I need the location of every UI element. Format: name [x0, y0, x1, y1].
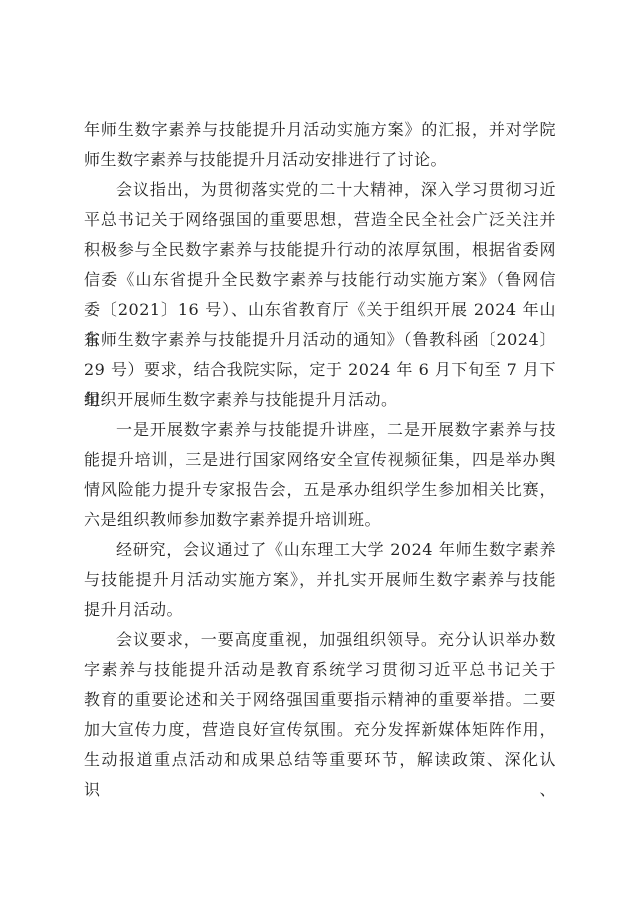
- text-line: 信委《山东省提升全民数字素养与技能行动实施方案》（鲁网信: [84, 265, 556, 295]
- text-line: 能提升培训，三是进行国家网络安全宣传视频征集，四是举办舆: [84, 445, 556, 475]
- text-line: 组织开展师生数字素养与技能提升月活动。: [84, 385, 556, 415]
- document-page: 年师生数字素养与技能提升月活动实施方案》的汇报，并对学院师生数字素养与技能提升月…: [0, 0, 639, 905]
- text-line: 提升月活动。: [84, 595, 556, 625]
- text-line: 29 号）要求，结合我院实际，定于 2024 年 6 月下旬至 7 月下旬: [84, 355, 556, 385]
- text-line: 经研究，会议通过了《山东理工大学 2024 年师生数字素养: [84, 535, 556, 565]
- text-line: 与技能提升月活动实施方案》，并扎实开展师生数字素养与技能: [84, 565, 556, 595]
- text-line: 会议指出，为贯彻落实党的二十大精神，深入学习贯彻习近: [84, 175, 556, 205]
- text-line: 教育的重要论述和关于网络强国重要指示精神的重要举措。二要: [84, 685, 556, 715]
- text-line: 平总书记关于网络强国的重要思想，营造全民全社会广泛关注并: [84, 205, 556, 235]
- text-line: 年师生数字素养与技能提升月活动实施方案》的汇报，并对学院: [84, 115, 556, 145]
- text-line: 会议要求，一要高度重视，加强组织领导。充分认识举办数: [84, 625, 556, 655]
- text-line: 积极参与全民数字素养与技能提升行动的浓厚氛围，根据省委网: [84, 235, 556, 265]
- text-line: 生动报道重点活动和成果总结等重要环节，解读政策、深化认识、: [84, 745, 556, 775]
- text-line: 六是组织教师参加数字素养提升培训班。: [84, 505, 556, 535]
- document-body: 年师生数字素养与技能提升月活动实施方案》的汇报，并对学院师生数字素养与技能提升月…: [84, 115, 556, 775]
- text-line: 师生数字素养与技能提升月活动安排进行了讨论。: [84, 145, 556, 175]
- text-line: 加大宣传力度，营造良好宣传氛围。充分发挥新媒体矩阵作用，: [84, 715, 556, 745]
- text-line: 省师生数字素养与技能提升月活动的通知》（鲁教科函〔2024〕: [84, 325, 556, 355]
- text-line: 一是开展数字素养与技能提升讲座，二是开展数字素养与技: [84, 415, 556, 445]
- text-line: 字素养与技能提升活动是教育系统学习贯彻习近平总书记关于: [84, 655, 556, 685]
- text-line: 委〔2021〕16 号）、山东省教育厅《关于组织开展 2024 年山东: [84, 295, 556, 325]
- text-line: 情风险能力提升专家报告会，五是承办组织学生参加相关比赛，: [84, 475, 556, 505]
